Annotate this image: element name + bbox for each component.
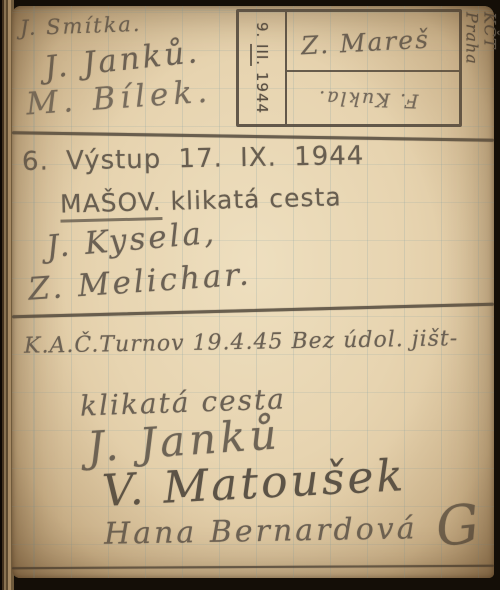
stamp-box: 9. III. 1944 Z. Mareš F. Kukla. [236,9,462,127]
section-divider-1 [12,131,494,142]
stamp-date-strip: 9. III. 1944 [239,12,287,124]
ascent-heading: 6. Výstup 17. IX. 1944 [22,141,365,177]
signature-bernardova: Hana Bernardová [104,511,418,551]
signature-smitka: J. Smítka. [20,12,142,40]
notebook-page: J. Smítka. J. Janků. M. Bílek. 9. III. 1… [12,6,494,578]
signature-flourish: G [433,492,482,559]
club-city: Praha [462,12,480,122]
stamp-date: 9. III. 1944 [253,22,271,114]
club-label-rotated: KČT Praha [458,12,500,122]
section-divider-2 [12,303,494,319]
notebook-photo: J. Smítka. J. Janků. M. Bílek. 9. III. 1… [0,0,500,590]
stamp-date-year: 1944 [253,72,271,114]
route-line: MAŠOV. klikatá cesta [60,182,342,218]
bottom-rule [12,565,494,570]
stamp-date-month: III. [250,44,271,66]
route-name: klikatá cesta [170,182,342,215]
club-name: KČT [480,12,498,122]
route-place: MAŠOV. [60,187,162,223]
stamp-box-divider [287,70,459,72]
stamp-date-day: 9. [253,22,271,38]
stamp-member-mares: Z. Mareš [300,25,430,61]
entry-line: K.A.Č.Turnov 19.4.45 Bez údol. jišt- [24,326,459,359]
stamp-member-upside-down: F. Kukla. [317,86,419,112]
